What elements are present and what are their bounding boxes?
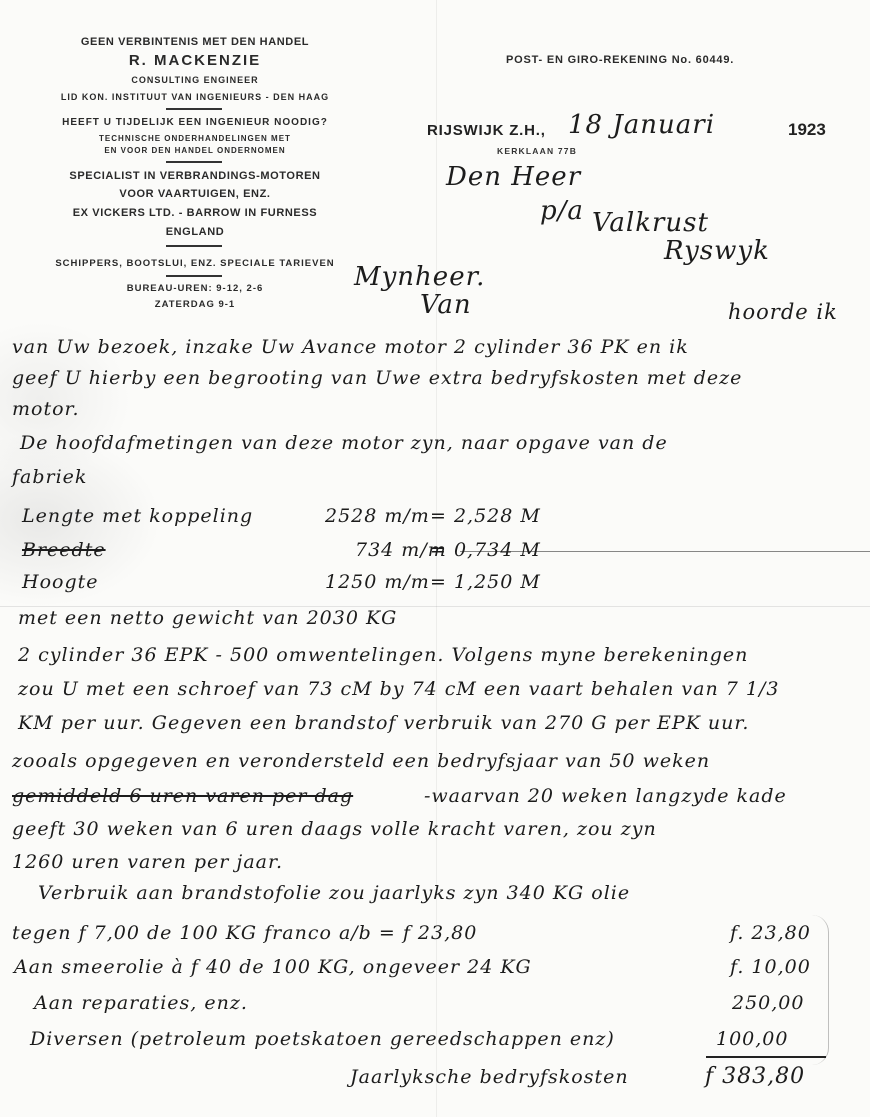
letterhead-services-2: EN VOOR DEN HANDEL ONDERNOMEN — [30, 146, 360, 155]
dimension-meters: = 2,528 M — [430, 505, 541, 527]
total-label: Jaarlyksche bedryfskosten — [350, 1066, 629, 1088]
salutation: Mynheer. — [354, 262, 485, 292]
letter-page: GEEN VERBINTENIS MET DEN HANDEL R. MACKE… — [0, 0, 870, 1117]
address-company: Valkrust — [592, 208, 709, 238]
body-line: KM per uur. Gegeven een brandstof verbru… — [18, 712, 749, 734]
body-line: 1260 uren varen per jaar. — [12, 851, 283, 873]
care-of: p/a — [540, 196, 584, 226]
dimension-meters: = 0,734 M — [430, 539, 541, 561]
letter-date: 18 Januari — [568, 110, 715, 140]
letter-year: 1923 — [788, 120, 826, 140]
cost-description: tegen f 7,00 de 100 KG franco a/b = f 23… — [12, 922, 477, 944]
cost-amount: 100,00 — [716, 1028, 788, 1050]
struck-phrase: gemiddeld 6 uren varen per dag — [12, 785, 353, 807]
letterhead-specialty-3: EX VICKERS LTD. - BARROW IN FURNESS — [30, 207, 360, 219]
letterhead-tagline: GEEN VERBINTENIS MET DEN HANDEL — [30, 36, 360, 48]
letterhead-specialty-2: VOOR VAARTUIGEN, ENZ. — [30, 188, 360, 200]
cost-description: Diversen (petroleum poetskatoen gereedsc… — [30, 1028, 615, 1050]
fuel-line: Verbruik aan brandstofolie zou jaarlyks … — [38, 882, 630, 904]
cost-amount: f. 23,80 — [730, 922, 811, 944]
letterhead-question: HEEFT U TIJDELIJK EEN INGENIEUR NOODIG? — [30, 117, 360, 128]
dimension-mm: 1250 m/m — [325, 571, 430, 593]
letterhead-services-1: TECHNISCHE ONDERHANDELINGEN MET — [30, 134, 360, 143]
letterhead-specialty-4: ENGLAND — [30, 226, 360, 238]
address-city: Ryswyk — [664, 236, 770, 266]
giro-account: POST- EN GIRO-REKENING No. 60449. — [506, 54, 734, 66]
dimension-mm: 2528 m/m — [325, 505, 430, 527]
dimension-meters: = 1,250 M — [430, 571, 541, 593]
divider — [166, 161, 222, 163]
opening-right: hoorde ik — [728, 300, 838, 324]
body-line: zooals opgegeven en verondersteld een be… — [12, 750, 710, 772]
dimension-label: Lengte met koppeling — [22, 505, 253, 527]
body-line: fabriek — [12, 466, 87, 488]
letterhead-hours: BUREAU-UREN: 9-12, 2-6 — [30, 283, 360, 294]
sum-rule — [706, 1056, 826, 1058]
cost-description: Aan smeerolie à f 40 de 100 KG, ongeveer… — [14, 956, 532, 978]
letterhead-place: RIJSWIJK Z.H., — [427, 122, 546, 139]
divider — [166, 108, 222, 110]
divider — [166, 275, 222, 277]
dimension-label-struck: Breedte — [22, 539, 106, 561]
letterhead-street: KERKLAAN 77B — [497, 146, 577, 156]
bracket-mark — [812, 915, 829, 1065]
body-line: 2 cylinder 36 EPK - 500 omwentelingen. V… — [18, 644, 748, 666]
body-line: De hoofdafmetingen van deze motor zyn, n… — [20, 432, 668, 454]
letterhead-saturday: ZATERDAG 9-1 — [30, 299, 360, 310]
letterhead-rates: SCHIPPERS, BOOTSLUI, ENZ. SPECIALE TARIE… — [30, 258, 360, 269]
divider — [166, 245, 222, 247]
body-line: -waarvan 20 weken langzyde kade — [424, 785, 787, 807]
body-line: van Uw bezoek, inzake Uw Avance motor 2 … — [12, 336, 689, 358]
addressee: Den Heer — [446, 162, 581, 192]
body-line: geef U hierby een begrooting van Uwe ext… — [12, 367, 742, 389]
weight-line: met een netto gewicht van 2030 KG — [18, 607, 397, 629]
opening-word: Van — [420, 290, 472, 320]
dimension-label: Hoogte — [22, 571, 99, 593]
body-line: motor. — [12, 398, 80, 420]
total-amount: f 383,80 — [705, 1064, 805, 1089]
letterhead-name: R. MACKENZIE — [30, 52, 360, 69]
cost-amount: 250,00 — [732, 992, 804, 1014]
body-line: geeft 30 weken van 6 uren daags volle kr… — [12, 818, 657, 840]
letterhead-specialty-1: SPECIALIST IN VERBRANDINGS-MOTOREN — [30, 170, 360, 182]
letterhead-title: CONSULTING ENGINEER — [30, 75, 360, 85]
letterhead-membership: LID KON. INSTITUUT VAN INGENIEURS - DEN … — [30, 92, 360, 102]
cost-description: Aan reparaties, enz. — [34, 992, 248, 1014]
body-line: zou U met een schroef van 73 cM by 74 cM… — [18, 678, 779, 700]
cost-amount: f. 10,00 — [730, 956, 811, 978]
